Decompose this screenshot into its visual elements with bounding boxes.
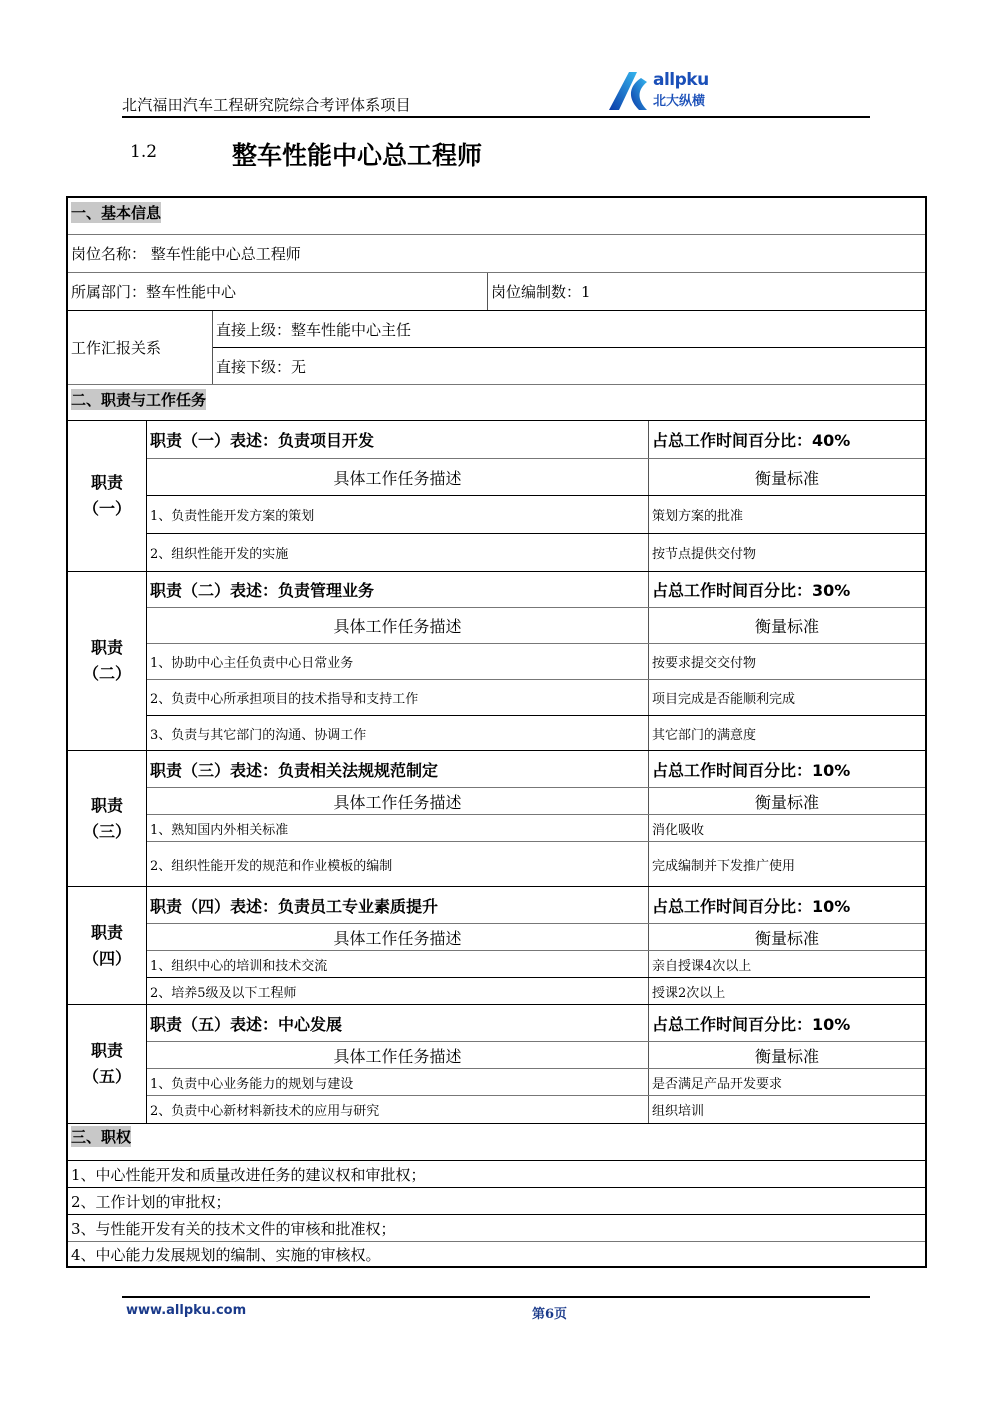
position-name: 岗位名称： 整车性能中心总工程师 xyxy=(68,235,925,272)
duty-4-statement: 职责（四）表述：负责员工专业素质提升 xyxy=(147,887,648,923)
allpku-logo-icon xyxy=(607,68,657,112)
duty-5-measure-2: 组织培训 xyxy=(649,1096,925,1123)
duty-3-task-header: 具体工作任务描述 xyxy=(147,788,648,814)
duty-5-task-1: 1、负责中心业务能力的规划与建设 xyxy=(147,1069,648,1095)
duty-2-task-2: 2、负责中心所承担项目的技术指导和支持工作 xyxy=(147,680,648,715)
basic-info-section-title: 一、基本信息 xyxy=(68,198,925,226)
duty-4-measure-1: 亲自授课4次以上 xyxy=(649,951,925,977)
project-title: 北汽福田汽车工程研究院综合考评体系项目 xyxy=(122,94,411,115)
reporting-label: 工作汇报关系 xyxy=(68,311,212,384)
duty-4-time-share: 占总工作时间百分比：10% xyxy=(649,887,925,923)
duties-section-title: 二、职责与工作任务 xyxy=(68,385,925,413)
duty-2-task-3: 3、负责与其它部门的沟通、协调工作 xyxy=(147,716,648,750)
duty-2-measure-3: 其它部门的满意度 xyxy=(649,716,925,750)
duty-1-label: 职责 （一） xyxy=(68,421,146,571)
duty-3-task-2: 2、组织性能开发的规范和作业模板的编制 xyxy=(147,842,648,886)
duty-5-time-share: 占总工作时间百分比：10% xyxy=(649,1005,925,1041)
duty-2-measure-header: 衡量标准 xyxy=(649,608,925,643)
duty-3-statement: 职责（三）表述：负责相关法规规范制定 xyxy=(147,751,648,787)
authority-item-1: 1、中心性能开发和质量改进任务的建议权和审批权； xyxy=(68,1161,925,1187)
duty-3-task-1: 1、熟知国内外相关标准 xyxy=(147,815,648,841)
heading-title: 整车性能中心总工程师 xyxy=(232,136,482,172)
duty-4-measure-header: 衡量标准 xyxy=(649,924,925,950)
duty-5-task-header: 具体工作任务描述 xyxy=(147,1042,648,1068)
page-number: 第6页 xyxy=(532,1303,567,1322)
logo-text-en: allpku xyxy=(653,70,709,90)
duty-5-statement: 职责（五）表述：中心发展 xyxy=(147,1005,648,1041)
page-footer: www.allpku.com 第6页 xyxy=(122,1296,870,1326)
duty-2-label: 职责 （二） xyxy=(68,572,146,750)
duty-3-time-share: 占总工作时间百分比：10% xyxy=(649,751,925,787)
duty-2-task-header: 具体工作任务描述 xyxy=(147,608,648,643)
authority-item-4: 4、中心能力发展规划的编制、实施的审核权。 xyxy=(68,1242,925,1266)
page-header: 北汽福田汽车工程研究院综合考评体系项目 allpku 北大纵横 xyxy=(122,60,870,118)
footer-rule xyxy=(122,1296,870,1298)
logo-text-cn: 北大纵横 xyxy=(653,90,705,109)
duty-1-task-2: 2、组织性能开发的实施 xyxy=(147,534,648,571)
duty-5-task-2: 2、负责中心新材料新技术的应用与研究 xyxy=(147,1096,648,1123)
duty-2-time-share: 占总工作时间百分比：30% xyxy=(649,572,925,607)
duty-4-label: 职责 （四） xyxy=(68,887,146,1004)
duty-1-measure-1: 策划方案的批准 xyxy=(649,496,925,533)
authority-section-title: 三、职权 xyxy=(68,1124,925,1152)
heading-number: 1.2 xyxy=(130,142,157,162)
duty-4-task-header: 具体工作任务描述 xyxy=(147,924,648,950)
duty-5-label: 职责 （五） xyxy=(68,1005,146,1123)
duty-2-task-1: 1、协助中心主任负责中心日常业务 xyxy=(147,644,648,679)
footer-website-link[interactable]: www.allpku.com xyxy=(126,1303,246,1318)
allpku-logo: allpku 北大纵横 xyxy=(607,68,727,112)
duty-3-measure-header: 衡量标准 xyxy=(649,788,925,814)
duty-3-measure-1: 消化吸收 xyxy=(649,815,925,841)
duty-4-measure-2: 授课2次以上 xyxy=(649,978,925,1004)
duty-2-measure-2: 项目完成是否能顺利完成 xyxy=(649,680,925,715)
duty-3-measure-2: 完成编制并下发推广使用 xyxy=(649,842,925,886)
department: 所属部门：整车性能中心 xyxy=(68,273,487,310)
direct-superior: 直接上级：整车性能中心主任 xyxy=(213,311,925,347)
duty-5-measure-header: 衡量标准 xyxy=(649,1042,925,1068)
duty-1-measure-header: 衡量标准 xyxy=(649,459,925,495)
duty-4-task-2: 2、培养5级及以下工程师 xyxy=(147,978,648,1004)
job-description-table: 一、基本信息 岗位名称： 整车性能中心总工程师 所属部门：整车性能中心 岗位编制… xyxy=(66,196,927,1268)
duty-4-task-1: 1、组织中心的培训和技术交流 xyxy=(147,951,648,977)
direct-subordinate: 直接下级：无 xyxy=(213,348,925,384)
header-rule xyxy=(122,116,870,118)
authority-item-3: 3、与性能开发有关的技术文件的审核和批准权； xyxy=(68,1215,925,1241)
duty-1-task-header: 具体工作任务描述 xyxy=(147,459,648,495)
duty-1-statement: 职责（一）表述：负责项目开发 xyxy=(147,421,648,458)
duty-1-task-1: 1、负责性能开发方案的策划 xyxy=(147,496,648,533)
duty-5-measure-1: 是否满足产品开发要求 xyxy=(649,1069,925,1095)
headcount: 岗位编制数：1 xyxy=(488,273,925,310)
duty-1-measure-2: 按节点提供交付物 xyxy=(649,534,925,571)
duty-1-time-share: 占总工作时间百分比：40% xyxy=(649,421,925,458)
duty-2-measure-1: 按要求提交交付物 xyxy=(649,644,925,679)
authority-item-2: 2、工作计划的审批权； xyxy=(68,1188,925,1214)
duty-2-statement: 职责（二）表述：负责管理业务 xyxy=(147,572,648,607)
duty-3-label: 职责 （三） xyxy=(68,751,146,886)
